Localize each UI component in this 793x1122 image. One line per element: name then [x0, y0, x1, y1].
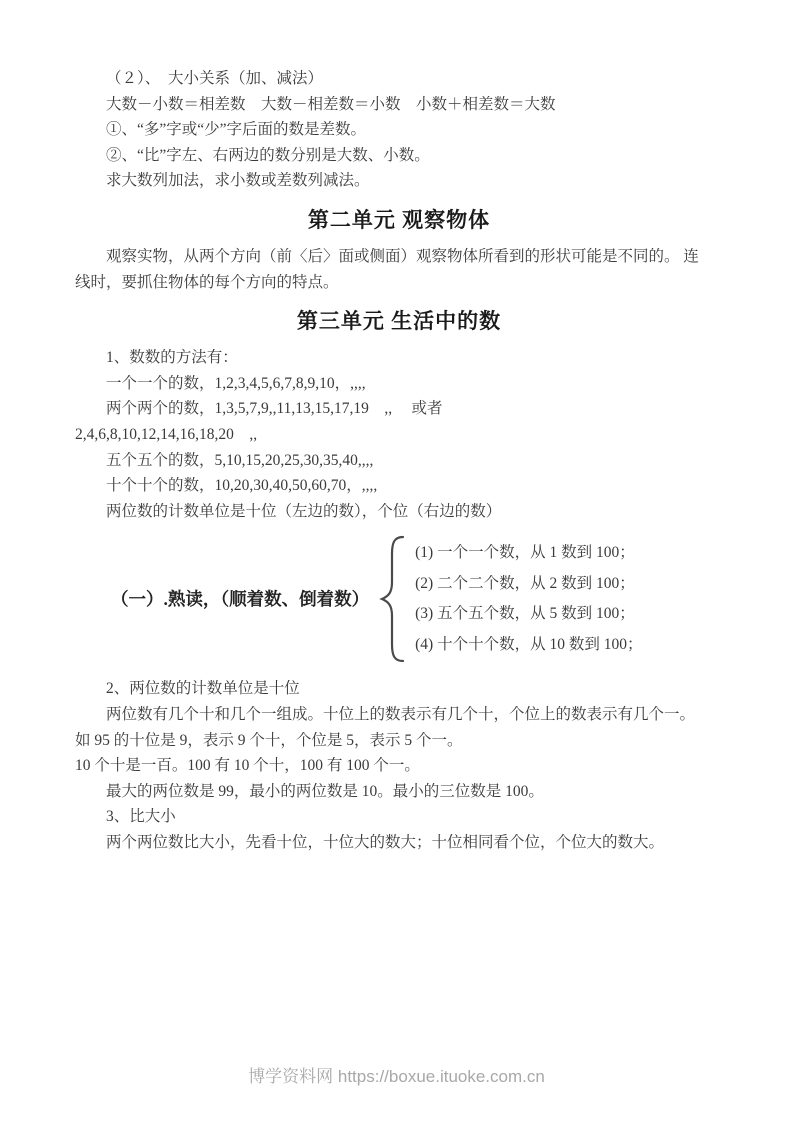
left-brace-icon — [379, 534, 405, 664]
unit2-heading: 第二单元 观察物体 — [75, 206, 723, 235]
point3-body-line: 两个两位数比大小，先看十位，十位大的数大；十位相同看个位，个位大的数大。 — [75, 830, 723, 856]
brace-item-count-by-5: (3) 五个五个数，从 5 数到 100； — [415, 599, 642, 630]
count-by-ones-line: 一个一个的数，1,2,3,4,5,6,7,8,9,10，,,,, — [75, 371, 723, 397]
count-by-twos-line-b: 2,4,6,8,10,12,14,16,18,20 ,, — [75, 422, 723, 448]
intro-line-rule-1: ①、“多”字或“少”字后面的数是差数。 — [75, 117, 723, 143]
intro-line-rule-2: ②、“比”字左、右两边的数分别是大数、小数。 — [75, 143, 723, 169]
point2-body-line-2: 如 95 的十位是 9，表示 9 个十，个位是 5，表示 5 个一。 — [75, 728, 723, 754]
count-by-twos-line-a: 两个两个的数，1,3,5,7,9,,11,13,15,17,19 ,, 或者 — [75, 396, 723, 422]
point2-body-line-1: 两位数有几个十和几个一组成。十位上的数表示有几个十，个位上的数表示有几个一。 — [75, 702, 723, 728]
counting-intro-line: 1、数数的方法有： — [75, 345, 723, 371]
intro-line-size-relation: （２）、 大小关系（加、减法） — [75, 66, 723, 92]
brace-item-count-by-1: (1) 一个一个数，从 1 数到 100； — [415, 538, 642, 569]
reading-practice-brace-figure: （一）.熟读，（顺着数、倒着数） (1) 一个一个数，从 1 数到 100； (… — [111, 534, 723, 664]
document-page: （２）、 大小关系（加、减法） 大数－小数＝相差数 大数－相差数＝小数 小数＋相… — [0, 0, 793, 855]
count-by-fives-line: 五个五个的数，5,10,15,20,25,30,35,40,,,, — [75, 448, 723, 474]
point3-title-line: 3、比大小 — [75, 804, 723, 830]
unit2-paragraph-line-2: 线时，要抓住物体的每个方向的特点。 — [75, 270, 723, 296]
count-by-tens-line: 十个十个的数，10,20,30,40,50,60,70，,,,, — [75, 473, 723, 499]
point2-body-line-4: 最大的两位数是 99，最小的两位数是 10。最小的三位数是 100。 — [75, 779, 723, 805]
unit3-heading: 第三单元 生活中的数 — [75, 307, 723, 336]
brace-label: （一）.熟读，（顺着数、倒着数） — [111, 587, 369, 613]
brace-item-list: (1) 一个一个数，从 1 数到 100； (2) 二个二个数，从 2 数到 1… — [415, 538, 642, 660]
place-value-note-line: 两位数的计数单位是十位（左边的数），个位（右边的数） — [75, 499, 723, 525]
intro-line-formulas: 大数－小数＝相差数 大数－相差数＝小数 小数＋相差数＝大数 — [75, 92, 723, 118]
brace-item-count-by-10: (4) 十个十个数，从 10 数到 100； — [415, 630, 642, 661]
unit2-paragraph-line-1: 观察实物，从两个方向（前〈后〉面或侧面）观察物体所看到的形状可能是不同的。 连 — [75, 244, 723, 270]
point2-title-line: 2、两位数的计数单位是十位 — [75, 676, 723, 702]
footer-watermark: 博学资料网 https://boxue.ituoke.com.cn — [0, 1062, 793, 1087]
brace-item-count-by-2: (2) 二个二个数，从 2 数到 100； — [415, 569, 642, 600]
point2-body-line-3: 10 个十是一百。100 有 10 个十，100 有 100 个一。 — [75, 753, 723, 779]
intro-line-rule-3: 求大数列加法，求小数或差数列减法。 — [75, 168, 723, 194]
